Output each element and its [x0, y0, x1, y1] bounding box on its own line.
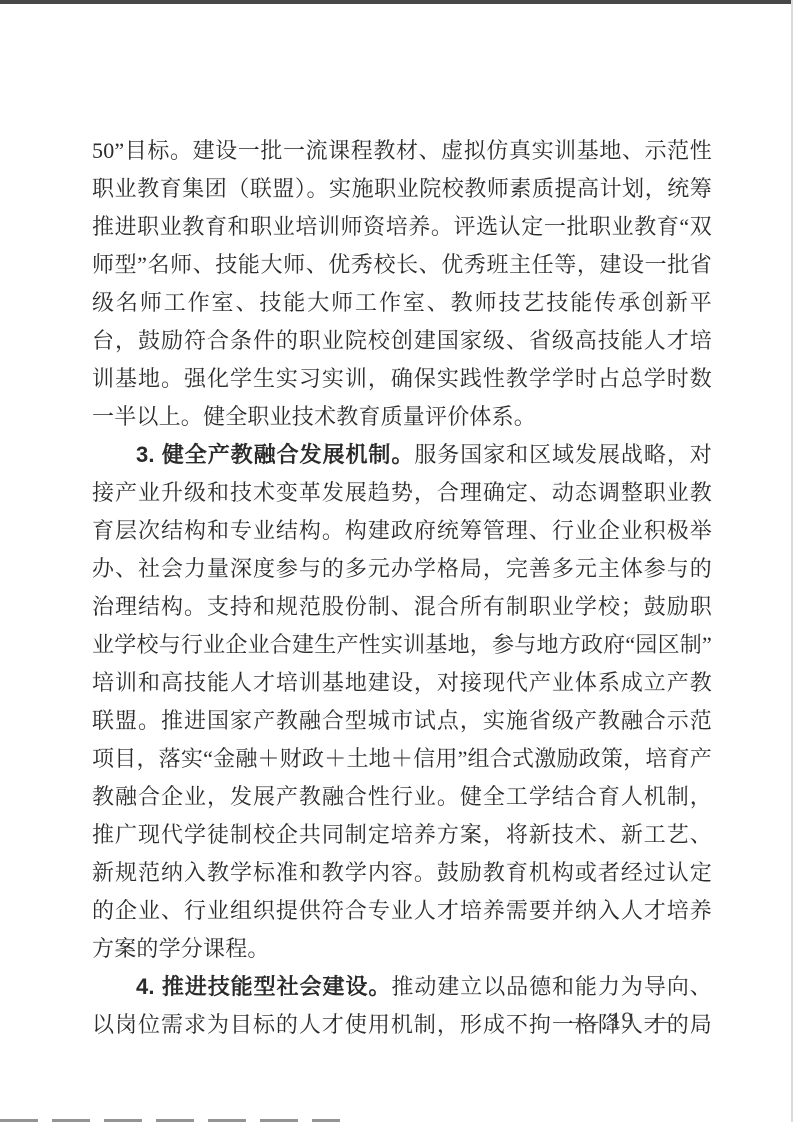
paragraph-continuation: 50”目标。建设一批一流课程教材、虚拟仿真实训基地、示范性职业教育集团（联盟）。…: [92, 132, 712, 436]
footer-dash-right: —: [645, 1007, 670, 1035]
document-page: 50”目标。建设一批一流课程教材、虚拟仿真实训基地、示范性职业教育集团（联盟）。…: [0, 0, 793, 1122]
footer-dash-left: —: [573, 1007, 598, 1035]
scan-artifact-top-edge: [0, 0, 793, 4]
page-number: 19: [610, 1007, 633, 1035]
paragraph-item-3-body: 服务国家和区域发展战略，对接产业升级和技术变革发展趋势，合理确定、动态调整职业教…: [92, 442, 712, 961]
document-body: 50”目标。建设一批一流课程教材、虚拟仿真实训基地、示范性职业教育集团（联盟）。…: [92, 132, 712, 1044]
paragraph-item-3-heading: 3. 健全产教融合发展机制。: [136, 442, 414, 467]
page-footer: — 19 —: [574, 1007, 669, 1035]
paragraph-item-3: 3. 健全产教融合发展机制。服务国家和区域发展战略，对接产业升级和技术变革发展趋…: [92, 436, 712, 968]
paragraph-item-4-heading: 4. 推进技能型社会建设。: [136, 974, 391, 999]
